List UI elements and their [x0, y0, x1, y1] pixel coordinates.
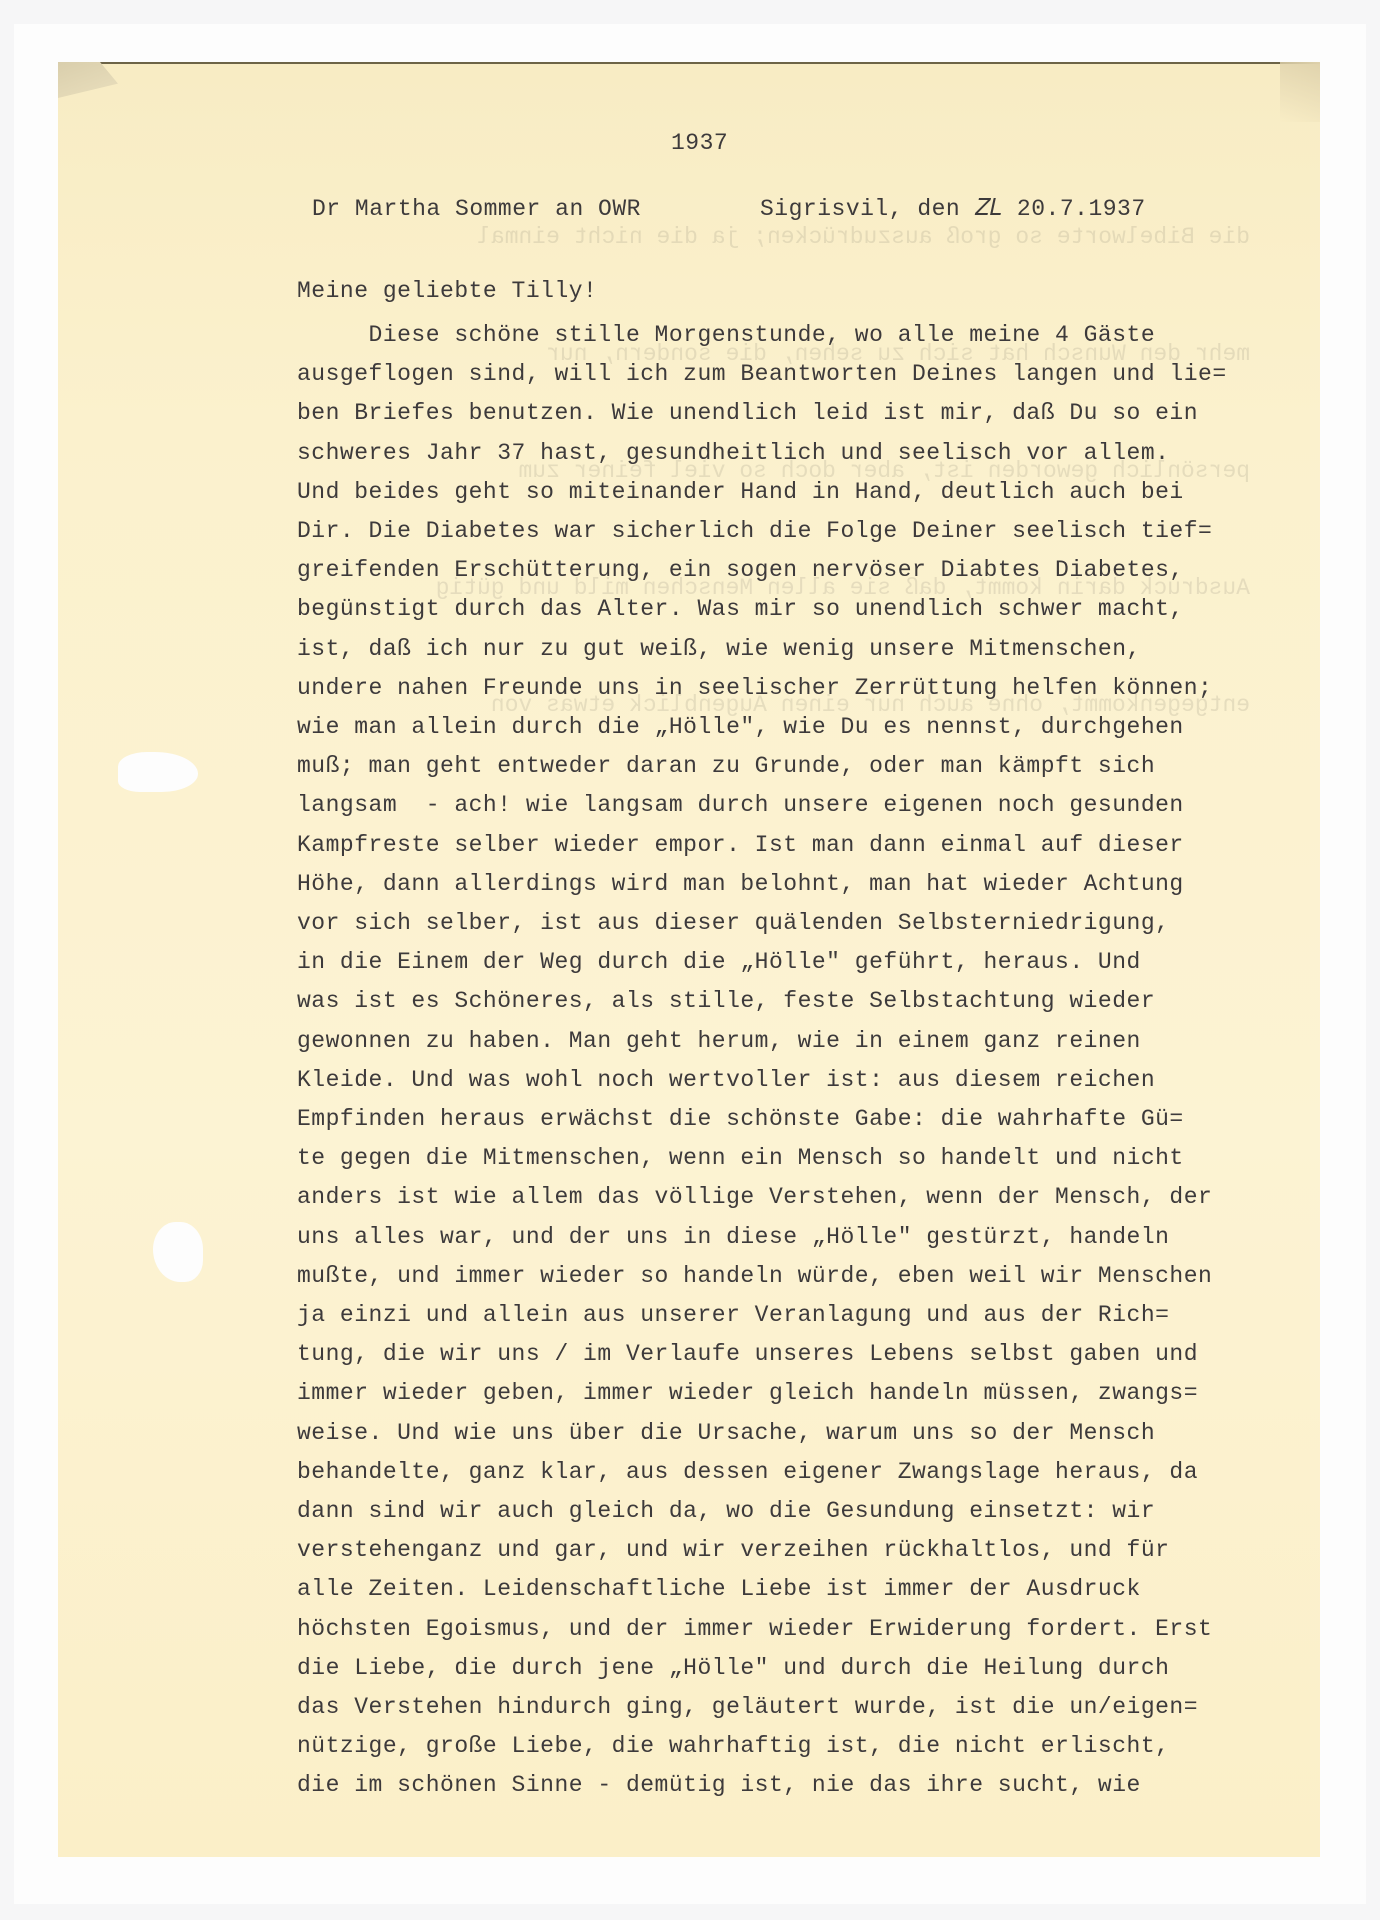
body-line: dann sind wir auch gleich da, wo die Ges…: [297, 1496, 1155, 1526]
body-line: Empfinden heraus erwächst die schönste G…: [297, 1104, 1184, 1134]
body-line: anders ist wie allem das völlige Versteh…: [297, 1182, 1212, 1212]
body-line: uns alles war, und der uns in diese „Höl…: [297, 1222, 1169, 1252]
body-line: greifenden Erschütterung, ein sogen nerv…: [297, 555, 1184, 585]
body-line: langsam - ach! wie langsam durch unsere …: [297, 790, 1184, 820]
body-line: wie man allein durch die „Hölle", wie Du…: [297, 712, 1184, 742]
body-line: tung, die wir uns / im Verlaufe unseres …: [297, 1339, 1198, 1369]
body-line: Kleide. Und was wohl noch wertvoller ist…: [297, 1065, 1155, 1095]
body-line: ben Briefes benutzen. Wie unendlich leid…: [297, 398, 1198, 428]
body-line: was ist es Schöneres, als stille, feste …: [297, 986, 1155, 1016]
body-line: weise. Und wie uns über die Ursache, war…: [297, 1418, 1155, 1448]
body-line: undere nahen Freunde uns in seelischer Z…: [297, 673, 1212, 703]
body-line: te gegen die Mitmenschen, wenn ein Mensc…: [297, 1143, 1184, 1173]
body-line: gewonnen zu haben. Man geht herum, wie i…: [297, 1026, 1141, 1056]
body-line: mußte, und immer wieder so handeln würde…: [297, 1261, 1212, 1291]
body-line: ja einzi und allein aus unserer Veranlag…: [297, 1300, 1169, 1330]
body-line: in die Einem der Weg durch die „Hölle" g…: [297, 947, 1141, 977]
body-line: behandelte, ganz klar, aus dessen eigene…: [297, 1457, 1198, 1487]
body-line: das Verstehen hindurch ging, geläutert w…: [297, 1692, 1198, 1722]
document-year: 1937: [671, 130, 728, 156]
body-line: alle Zeiten. Leidenschaftliche Liebe ist…: [297, 1574, 1141, 1604]
letter-text: 1937 Dr Martha Sommer an OWR Sigrisvil, …: [0, 0, 1380, 1920]
body-line: die im schönen Sinne - demütig ist, nie …: [297, 1770, 1141, 1800]
body-line: Diese schöne stille Morgenstunde, wo all…: [297, 320, 1155, 350]
sender-recipient: Dr Martha Sommer an OWR: [312, 196, 641, 222]
body-line: Dir. Die Diabetes war sicherlich die Fol…: [297, 516, 1212, 546]
place-date: Sigrisvil, den 𝑍𝐿 20.7.1937: [760, 196, 1146, 222]
body-line: muß; man geht entweder daran zu Grunde, …: [297, 751, 1155, 781]
body-line: vor sich selber, ist aus dieser quälende…: [297, 908, 1169, 938]
body-line: ist, daß ich nur zu gut weiß, wie wenig …: [297, 634, 1141, 664]
body-line: begünstigt durch das Alter. Was mir so u…: [297, 594, 1184, 624]
body-line: ausgeflogen sind, will ich zum Beantwort…: [297, 359, 1227, 389]
body-line: die Liebe, die durch jene „Hölle" und du…: [297, 1653, 1169, 1683]
body-line: Höhe, dann allerdings wird man belohnt, …: [297, 869, 1184, 899]
body-line: Kampfreste selber wieder empor. Ist man …: [297, 830, 1184, 860]
body-line: höchsten Egoismus, und der immer wieder …: [297, 1614, 1212, 1644]
body-line: immer wieder geben, immer wieder gleich …: [297, 1378, 1198, 1408]
body-line: Und beides geht so miteinander Hand in H…: [297, 477, 1184, 507]
body-line: verstehenganz und gar, und wir verzeihen…: [297, 1535, 1169, 1565]
salutation: Meine geliebte Tilly!: [297, 278, 597, 304]
body-line: schweres Jahr 37 hast, gesundheitlich un…: [297, 438, 1169, 468]
body-line: nützige, große Liebe, die wahrhaftig ist…: [297, 1731, 1169, 1761]
